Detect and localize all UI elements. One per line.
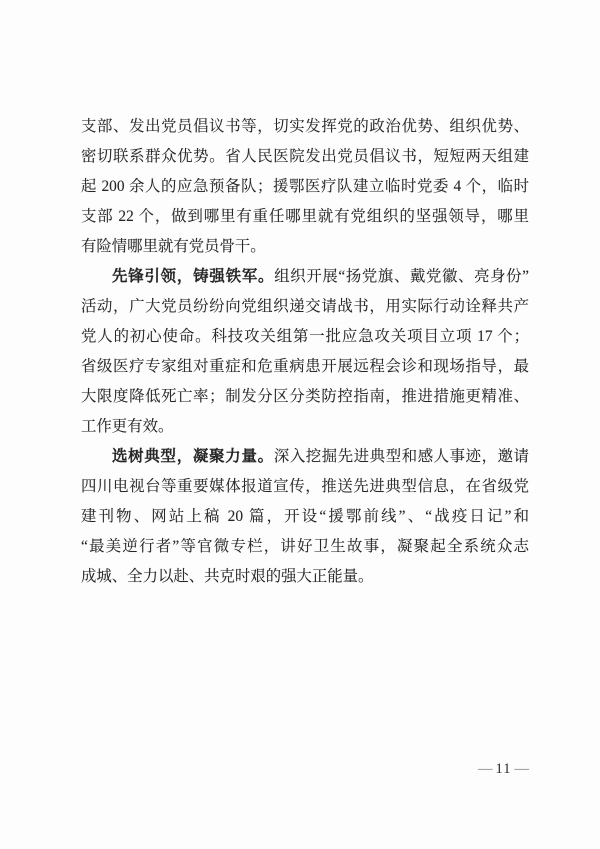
- page-number-value: 11: [495, 760, 513, 778]
- text-line: 大限度降低死亡率；制发分区分类防控指南，推进措施更精准、: [81, 382, 529, 412]
- document-page: 支部、发出党员倡议书等，切实发挥党的政治优势、组织优势、密切联系群众优势。省人民…: [0, 0, 600, 849]
- text-line: 建刊物、网站上稿 20 篇，开设“援鄂前线”、“战疫日记”和: [81, 502, 529, 532]
- text-line: 有险情哪里就有党员骨干。: [81, 232, 529, 262]
- text-line: 先锋引领，铸强铁军。组织开展“扬党旗、戴党徽、亮身份”: [81, 262, 529, 292]
- bold-lead-in: 选树典型，凝聚力量。: [112, 448, 274, 465]
- paragraph: 先锋引领，铸强铁军。组织开展“扬党旗、戴党徽、亮身份”活动，广大党员纷纷向党组织…: [81, 262, 529, 442]
- document-body: 支部、发出党员倡议书等，切实发挥党的政治优势、组织优势、密切联系群众优势。省人民…: [81, 112, 529, 592]
- text-line: 成城、全力以赴、共克时艰的强大正能量。: [81, 562, 529, 592]
- text-line: 活动，广大党员纷纷向党组织递交请战书，用实际行动诠释共产: [81, 292, 529, 322]
- page-number-dash-left: —: [478, 760, 493, 778]
- page-number-dash-right: —: [515, 760, 530, 778]
- text-line: 工作更有效。: [81, 412, 529, 442]
- text-line: 四川电视台等重要媒体报道宣传，推送先进典型信息，在省级党: [81, 472, 529, 502]
- page-number: — 11 —: [478, 760, 529, 778]
- text-line: “最美逆行者”等官微专栏，讲好卫生故事，凝聚起全系统众志: [81, 532, 529, 562]
- paragraph: 支部、发出党员倡议书等，切实发挥党的政治优势、组织优势、密切联系群众优势。省人民…: [81, 112, 529, 262]
- text-line: 选树典型，凝聚力量。深入挖掘先进典型和感人事迹，邀请: [81, 442, 529, 472]
- text-line: 省级医疗专家组对重症和危重病患开展远程会诊和现场指导，最: [81, 352, 529, 382]
- bold-lead-in: 先锋引领，铸强铁军。: [112, 268, 274, 285]
- text-line: 起 200 余人的应急预备队；援鄂医疗队建立临时党委 4 个，临时: [81, 172, 529, 202]
- text-line: 支部 22 个，做到哪里有重任哪里就有党组织的坚强领导，哪里: [81, 202, 529, 232]
- paragraph: 选树典型，凝聚力量。深入挖掘先进典型和感人事迹，邀请四川电视台等重要媒体报道宣传…: [81, 442, 529, 592]
- text-line: 支部、发出党员倡议书等，切实发挥党的政治优势、组织优势、: [81, 112, 529, 142]
- text-line: 密切联系群众优势。省人民医院发出党员倡议书，短短两天组建: [81, 142, 529, 172]
- text-line: 党人的初心使命。科技攻关组第一批应急攻关项目立项 17 个；: [81, 322, 529, 352]
